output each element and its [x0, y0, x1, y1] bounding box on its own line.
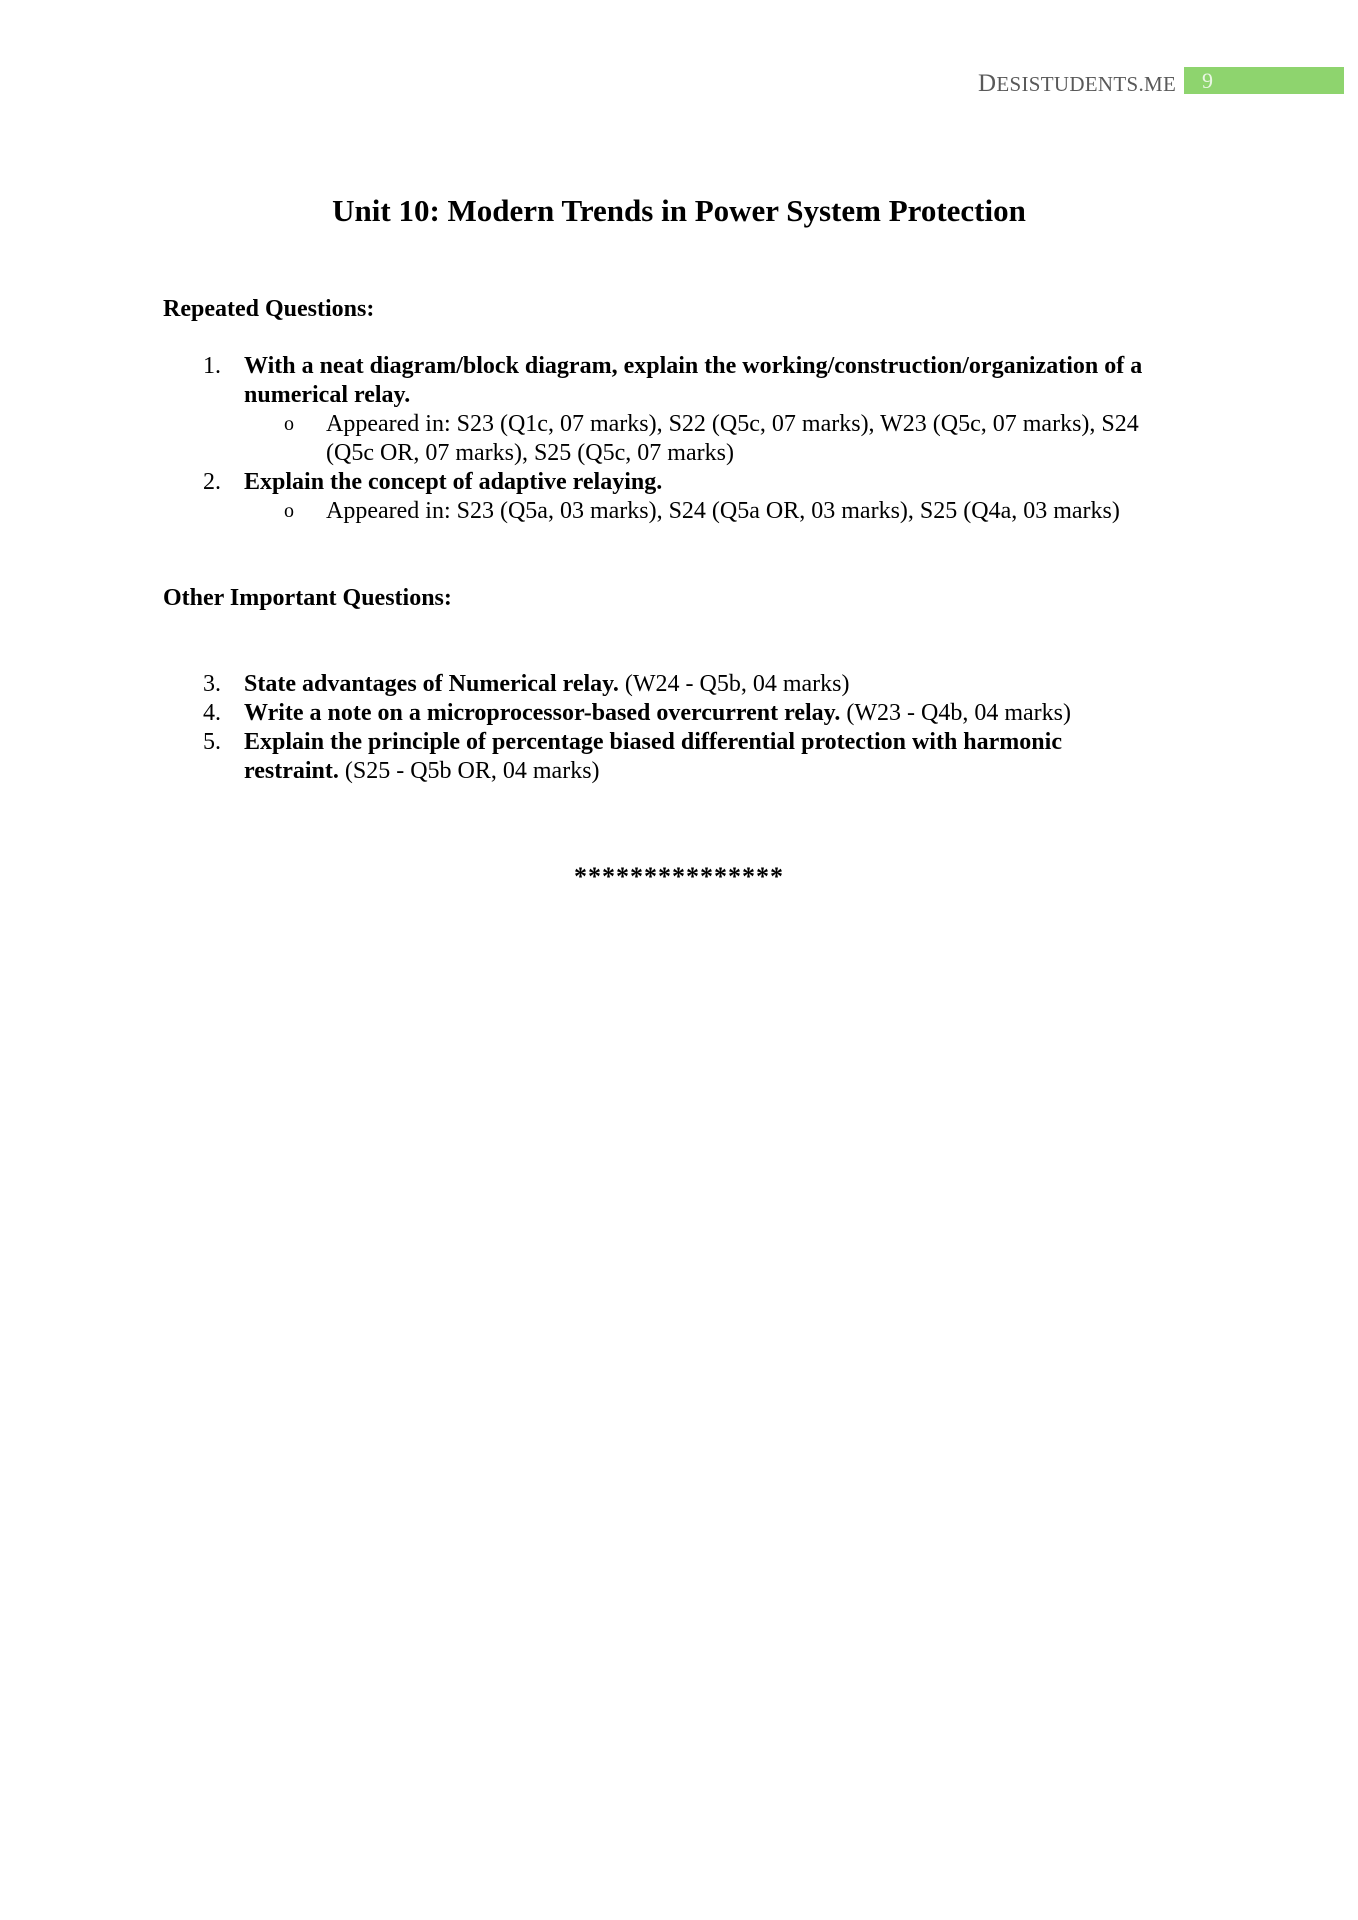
page-number-badge: 9 — [1184, 67, 1344, 94]
question-ref: (W24 - Q5b, 04 marks) — [619, 671, 850, 697]
end-marker: *************** — [0, 862, 1358, 892]
question-bold-line2: restraint. — [244, 758, 339, 784]
appeared-text: Appeared in: S23 (Q5a, 03 marks), S24 (Q… — [326, 497, 1186, 526]
question-bold: Write a note on a microprocessor-based o… — [244, 700, 840, 726]
page-title: Unit 10: Modern Trends in Power System P… — [0, 193, 1358, 229]
question-text: With a neat diagram/block diagram, expla… — [244, 352, 1194, 410]
site-name-initial: D — [978, 70, 996, 97]
site-name-rest: ESISTUDENTS.ME — [996, 72, 1176, 96]
question-bold: State advantages of Numerical relay. — [244, 671, 619, 697]
appeared-text: Appeared in: S23 (Q1c, 07 marks), S22 (Q… — [326, 410, 1186, 468]
question-text-line1: With a neat diagram/block diagram, expla… — [244, 353, 1142, 379]
bullet-icon: o — [284, 497, 294, 526]
repeated-questions-heading: Repeated Questions: — [163, 296, 374, 323]
question-number: 5. — [203, 728, 221, 757]
question-bold-line1: Explain the principle of percentage bias… — [244, 729, 1062, 755]
question-number: 1. — [203, 352, 221, 381]
appeared-line1: Appeared in: S23 (Q1c, 07 marks), S22 (Q… — [326, 411, 1139, 437]
question-text: Write a note on a microprocessor-based o… — [244, 699, 1194, 728]
question-ref: (W23 - Q4b, 04 marks) — [840, 700, 1071, 726]
question-number: 3. — [203, 670, 221, 699]
site-name: DESISTUDENTS.ME — [978, 70, 1176, 98]
question-ref: (S25 - Q5b OR, 04 marks) — [339, 758, 600, 784]
question-number: 4. — [203, 699, 221, 728]
question-text: State advantages of Numerical relay. (W2… — [244, 670, 1194, 699]
question-text: Explain the concept of adaptive relaying… — [244, 468, 1194, 497]
bullet-icon: o — [284, 410, 294, 439]
question-text: Explain the principle of percentage bias… — [244, 728, 1194, 786]
appeared-line2: (Q5c OR, 07 marks), S25 (Q5c, 07 marks) — [326, 440, 734, 466]
question-text-line2: numerical relay. — [244, 382, 410, 408]
other-questions-heading: Other Important Questions: — [163, 585, 452, 612]
question-number: 2. — [203, 468, 221, 497]
